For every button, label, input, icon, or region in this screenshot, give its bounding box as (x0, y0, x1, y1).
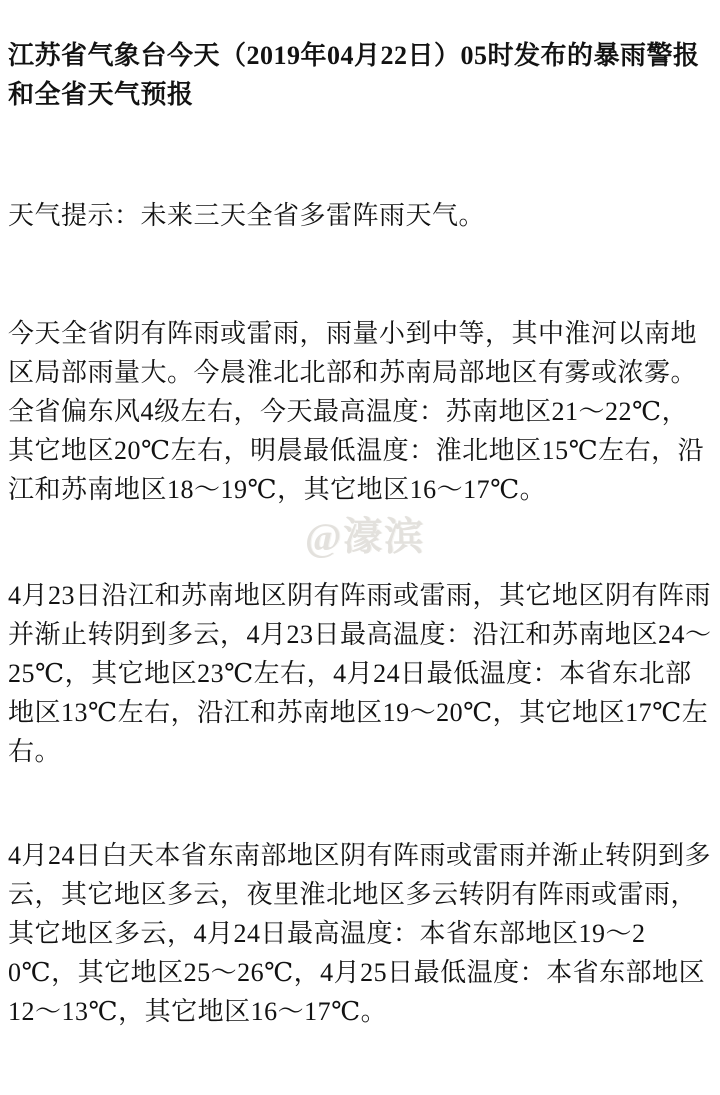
forecast-paragraph-today: 今天全省阴有阵雨或雷雨，雨量小到中等，其中淮河以南地区局部雨量大。今晨淮北北部和… (0, 314, 720, 509)
forecast-paragraph-april-24: 4月24日白天本省东南部地区阴有阵雨或雷雨并渐止转阴到多云，其它地区多云，夜里淮… (0, 836, 720, 1031)
weather-tip-line: 天气提示：未来三天全省多雷阵雨天气。 (0, 196, 720, 235)
watermark-text: @濠滨 (305, 516, 425, 560)
weather-bulletin-document: 江苏省气象台今天（2019年04月22日）05时发布的暴雨警报和全省天气预报 天… (0, 0, 720, 1095)
weather-bulletin-page: { "page": { "background_color": "#ffffff… (0, 0, 720, 1095)
forecast-paragraph-april-23: 4月23日沿江和苏南地区阴有阵雨或雷雨，其它地区阴有阵雨并渐止转阴到多云，4月2… (0, 576, 720, 771)
bulletin-title: 江苏省气象台今天（2019年04月22日）05时发布的暴雨警报和全省天气预报 (0, 36, 720, 114)
